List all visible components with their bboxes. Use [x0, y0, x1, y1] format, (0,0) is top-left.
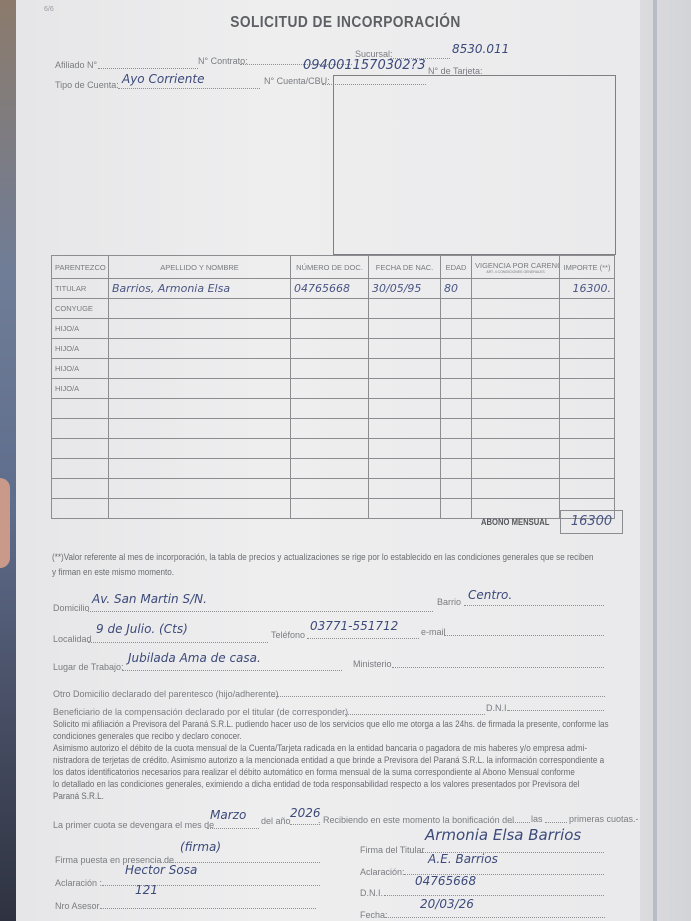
cuenta-cbu-label: N° Cuenta/CBU:: [264, 76, 330, 86]
cell-nombre[interactable]: [109, 479, 291, 499]
barrio-value[interactable]: Centro.: [468, 588, 512, 602]
cell-parentezco: HIJO/A: [52, 379, 109, 399]
tipo-cuenta-field[interactable]: [118, 88, 260, 89]
table-row: HIJO/A: [52, 379, 615, 399]
cell-importe[interactable]: [560, 419, 615, 439]
cell-importe[interactable]: [560, 359, 615, 379]
cell-edad[interactable]: [441, 379, 472, 399]
terms-line: Asimismo autorizo el débito de la cuota …: [53, 743, 587, 755]
cell-parentezco: [52, 479, 109, 499]
cell-doc[interactable]: [291, 299, 369, 319]
localidad-field[interactable]: [88, 642, 268, 643]
cell-fecha-nac[interactable]: [369, 419, 441, 439]
barrio-label: Barrio: [437, 597, 461, 607]
dni-titular-field[interactable]: [384, 895, 604, 896]
tipo-cuenta-label: Tipo de Cuenta:: [55, 80, 119, 90]
cell-parentezco: [52, 499, 109, 519]
table-row: [52, 499, 615, 519]
cell-fecha-nac[interactable]: [369, 499, 441, 519]
bonificacion-text: . Recibiendo en este momento la bonifica…: [318, 815, 514, 825]
table-row: HIJO/A: [52, 339, 615, 359]
abono-mensual-label: ABONO MENSUAL: [481, 517, 549, 527]
table-row: [52, 439, 615, 459]
barrio-field[interactable]: [464, 605, 604, 606]
cell-doc[interactable]: [291, 479, 369, 499]
domicilio-value[interactable]: Av. San Martin S/N.: [92, 592, 207, 606]
asesor-label: Nro Asesor: [55, 901, 100, 911]
otro-domicilio-label: Otro Domicilio declarado del parentesco …: [53, 689, 279, 699]
cell-vigencia[interactable]: [472, 379, 560, 399]
dni-titular-value[interactable]: 04765668: [415, 874, 476, 888]
cell-nombre[interactable]: [109, 339, 291, 359]
cell-vigencia[interactable]: [472, 299, 560, 319]
email-field[interactable]: [444, 635, 604, 636]
cell-fecha-nac[interactable]: [369, 359, 441, 379]
cell-doc[interactable]: [291, 419, 369, 439]
aclaracion-titular-label: Aclaración:: [360, 867, 405, 877]
tipo-cuenta-value[interactable]: Ayo Corriente: [122, 72, 204, 86]
lugar-trabajo-label: Lugar de Trabajo:: [53, 662, 124, 672]
dni-beneficiario-label: D.N.I.: [486, 703, 509, 713]
titular-signature[interactable]: Armonia Elsa Barrios: [425, 826, 581, 844]
cell-nombre[interactable]: [109, 399, 291, 419]
cell-vigencia[interactable]: [472, 499, 560, 519]
fecha-value[interactable]: 20/03/26: [420, 897, 474, 911]
cell-edad[interactable]: [441, 439, 472, 459]
page-number: 6/6: [44, 6, 54, 13]
telefono-label: Teléfono: [271, 630, 305, 640]
cell-parentezco: [52, 399, 109, 419]
dni-titular-label: D.N.I.: [360, 888, 383, 898]
table-row: HIJO/A: [52, 319, 615, 339]
cell-doc[interactable]: [291, 359, 369, 379]
cell-nombre[interactable]: [109, 439, 291, 459]
cell-fecha-nac[interactable]: 30/05/95: [369, 279, 441, 299]
cell-edad[interactable]: [441, 419, 472, 439]
aclaracion-asesor-label: Aclaración :: [55, 878, 102, 888]
table-row: [52, 459, 615, 479]
cell-fecha-nac[interactable]: [369, 339, 441, 359]
localidad-value[interactable]: 9 de Julio. (Cts): [96, 622, 188, 636]
cell-doc[interactable]: [291, 399, 369, 419]
fecha-label: Fecha:: [360, 910, 388, 920]
cell-importe[interactable]: [560, 379, 615, 399]
email-label: e-mail: [421, 627, 446, 637]
titular-label: Firma del Titular: [360, 845, 425, 855]
cell-importe[interactable]: [560, 319, 615, 339]
table-row: TITULARBarrios, Armonia Elsa0476566830/0…: [52, 279, 615, 299]
cell-doc[interactable]: [291, 319, 369, 339]
col-edad: EDAD: [441, 256, 472, 279]
cell-edad[interactable]: [441, 499, 472, 519]
col-nombre: APELLIDO Y NOMBRE: [109, 256, 291, 279]
footnote-line-2: y firman en este mismo momento.: [52, 567, 174, 579]
cell-edad[interactable]: [441, 399, 472, 419]
cell-doc[interactable]: 04765668: [291, 279, 369, 299]
cell-vigencia[interactable]: [472, 359, 560, 379]
cell-vigencia[interactable]: [472, 399, 560, 419]
presencia-signature[interactable]: (firma): [180, 840, 221, 854]
lugar-trabajo-value[interactable]: Jubilada Ama de casa.: [128, 651, 261, 665]
cell-vigencia[interactable]: [472, 319, 560, 339]
cell-fecha-nac[interactable]: [369, 399, 441, 419]
cuenta-cbu-value[interactable]: 0940011570302?3: [303, 58, 426, 73]
terms-line: Solicito mi afiliación a Previsora del P…: [53, 719, 609, 731]
col-vigencia: VIGENCIA POR CARENCIAART. 4 CONDICIONES …: [472, 256, 560, 279]
next-page-edge: [640, 0, 691, 921]
table-row: [52, 419, 615, 439]
sucursal-value[interactable]: 8530.011: [452, 42, 509, 56]
cell-edad[interactable]: 80: [441, 279, 472, 299]
cell-parentezco: [52, 439, 109, 459]
cell-doc[interactable]: [291, 499, 369, 519]
cell-vigencia[interactable]: [472, 339, 560, 359]
footnote-line-1: (**)Valor referente al mes de incorporac…: [52, 552, 594, 564]
afiliado-field[interactable]: [98, 68, 198, 69]
aclaracion-asesor-value[interactable]: Hector Sosa: [125, 863, 197, 877]
cell-importe[interactable]: [560, 339, 615, 359]
family-members-table: PARENTEZCO APELLIDO Y NOMBRE NÚMERO DE D…: [51, 255, 615, 519]
cell-edad[interactable]: [441, 299, 472, 319]
cell-doc[interactable]: [291, 379, 369, 399]
cell-edad[interactable]: [441, 319, 472, 339]
ministerio-field[interactable]: [392, 667, 604, 668]
cuota-prefix: La primer cuota se devengara el mes de: [53, 820, 214, 830]
cuota-mes-value[interactable]: Marzo: [210, 808, 246, 822]
cuota-anio-value[interactable]: 2026: [290, 806, 321, 820]
abono-mensual-value[interactable]: 16300: [560, 510, 623, 534]
card-number-box[interactable]: [333, 75, 616, 255]
col-fecha-nac: FECHA DE NAC.: [369, 256, 441, 279]
cell-edad[interactable]: [441, 339, 472, 359]
cell-parentezco: [52, 459, 109, 479]
cell-fecha-nac[interactable]: [369, 459, 441, 479]
cell-nombre[interactable]: [109, 319, 291, 339]
terms-line: lo detallado en las condiciones generale…: [53, 779, 579, 791]
cell-importe[interactable]: [560, 299, 615, 319]
cell-nombre[interactable]: [109, 379, 291, 399]
cell-fecha-nac[interactable]: [369, 479, 441, 499]
cell-importe[interactable]: [560, 459, 615, 479]
cell-nombre[interactable]: [109, 499, 291, 519]
domicilio-label: Domicilio: [53, 603, 90, 613]
cuotas-suffix: primeras cuotas.-: [569, 814, 639, 824]
col-importe: IMPORTE (**): [560, 256, 615, 279]
las-label: las: [531, 814, 543, 824]
cell-parentezco: [52, 419, 109, 439]
cuota-mes-field[interactable]: [207, 828, 259, 829]
table-row: HIJO/A: [52, 359, 615, 379]
dni-beneficiario-field[interactable]: [508, 710, 604, 711]
bonificacion-field[interactable]: [510, 822, 530, 823]
cell-importe[interactable]: [560, 439, 615, 459]
cell-parentezco: HIJO/A: [52, 359, 109, 379]
terms-line: los datos identificatorios necesarios pa…: [53, 767, 575, 779]
ministerio-label: Ministerio: [353, 659, 392, 669]
cell-importe[interactable]: [560, 399, 615, 419]
cell-doc[interactable]: [291, 459, 369, 479]
cell-fecha-nac[interactable]: [369, 439, 441, 459]
cell-vigencia[interactable]: [472, 419, 560, 439]
cell-doc[interactable]: [291, 339, 369, 359]
col-documento: NÚMERO DE DOC.: [291, 256, 369, 279]
cell-nombre[interactable]: Barrios, Armonia Elsa: [109, 279, 291, 299]
cell-importe[interactable]: [560, 479, 615, 499]
domicilio-field[interactable]: [88, 611, 433, 612]
cell-nombre[interactable]: [109, 459, 291, 479]
table-row: [52, 479, 615, 499]
otro-domicilio-field[interactable]: [273, 696, 605, 697]
terms-line: Paraná S.R.L.: [53, 791, 104, 803]
table-row: [52, 399, 615, 419]
table-row: CONYUGE: [52, 299, 615, 319]
table-header-row: PARENTEZCO APELLIDO Y NOMBRE NÚMERO DE D…: [52, 256, 615, 279]
cell-doc[interactable]: [291, 439, 369, 459]
cell-vigencia[interactable]: [472, 439, 560, 459]
cuota-anio-label: del año: [261, 816, 291, 826]
telefono-value[interactable]: 03771-551712: [310, 619, 398, 633]
terms-line: nistradora de terjetas de crédito. Asimi…: [53, 755, 604, 767]
afiliado-label: Afiliado N°: [55, 60, 97, 70]
cuota-anio-field[interactable]: [290, 824, 320, 825]
lugar-trabajo-field[interactable]: [122, 670, 342, 671]
cell-edad[interactable]: [441, 479, 472, 499]
fecha-field[interactable]: [385, 917, 605, 918]
cuotas-num-field[interactable]: [545, 822, 567, 823]
terms-line: condiciones generales que recibo y decla…: [53, 731, 242, 743]
cell-importe[interactable]: 16300.: [560, 279, 615, 299]
cell-parentezco: HIJO/A: [52, 319, 109, 339]
localidad-label: Localidad: [53, 634, 92, 644]
cell-nombre[interactable]: [109, 419, 291, 439]
beneficiario-label: Beneficiario de la compensación declarad…: [53, 707, 348, 717]
cell-nombre[interactable]: [109, 359, 291, 379]
cell-fecha-nac[interactable]: [369, 319, 441, 339]
cell-vigencia[interactable]: [472, 479, 560, 499]
cell-parentezco: TITULAR: [52, 279, 109, 299]
document-title: SOLICITUD DE INCORPORACIÓN: [48, 14, 642, 32]
thumb: [0, 478, 10, 568]
col-parentezco: PARENTEZCO: [52, 256, 109, 279]
beneficiario-field[interactable]: [345, 714, 485, 715]
cell-nombre[interactable]: [109, 299, 291, 319]
cell-fecha-nac[interactable]: [369, 299, 441, 319]
telefono-field[interactable]: [307, 638, 419, 639]
cell-vigencia[interactable]: [472, 279, 560, 299]
cell-vigencia[interactable]: [472, 459, 560, 479]
aclaracion-titular-value[interactable]: A.E. Barrios: [428, 852, 498, 866]
cell-parentezco: HIJO/A: [52, 339, 109, 359]
cell-edad[interactable]: [441, 359, 472, 379]
asesor-value[interactable]: 121: [135, 883, 158, 897]
cell-fecha-nac[interactable]: [369, 379, 441, 399]
cell-parentezco: CONYUGE: [52, 299, 109, 319]
page-fold: [653, 0, 657, 921]
cell-edad[interactable]: [441, 459, 472, 479]
asesor-field[interactable]: [100, 908, 316, 909]
